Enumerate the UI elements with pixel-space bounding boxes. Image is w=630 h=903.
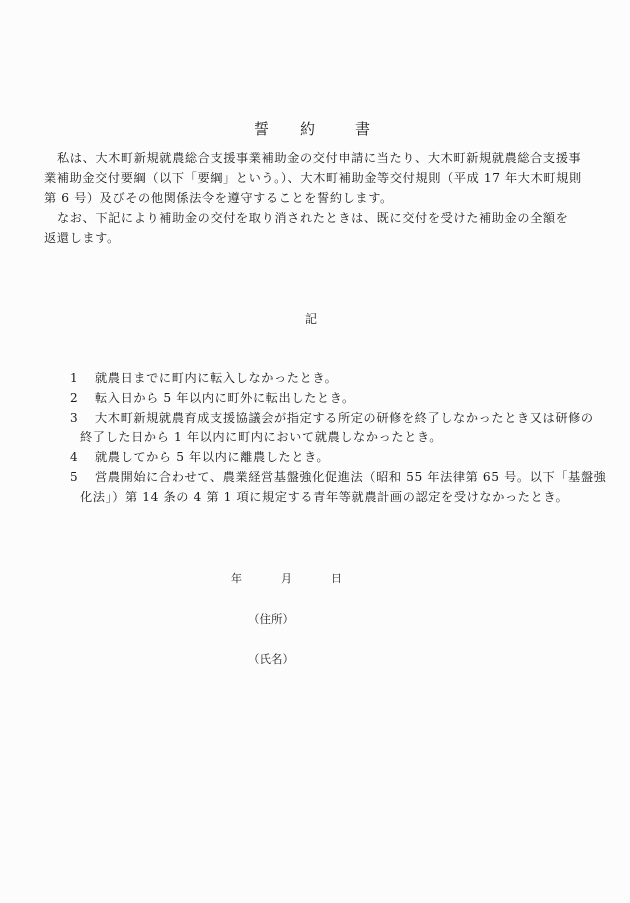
note-heading: 記 [305,312,317,326]
paragraph-line: 私は、大木町新規就農総合支援事業補助金の交付申請に当たり、大木町新規就農総合支援… [57,151,581,165]
year-label: 年 [231,572,242,586]
condition-text: 転入日から 5 年以内に町外に転出したとき。 [95,391,355,405]
paragraph-line: 業補助金交付要綱（以下「要綱」という。）、大木町補助金等交付規則（平成 17 年… [44,171,582,185]
paragraph-line: なお、下記により補助金の交付を取り消されたときは、既に交付を受けた補助金の全額を [57,211,569,225]
condition-text: 就農してから 5 年以内に離農したとき。 [95,450,329,464]
condition-text: 大木町新規就農育成支援協議会が指定する所定の研修を終了しなかったとき又は研修の [95,411,594,425]
condition-number: 1 [70,371,78,385]
condition-text: 営農開始に合わせて、農業経営基盤強化促進法（昭和 55 年法律第 65 号。以下… [95,470,606,484]
condition-text: 化法」）第 14 条の 4 第 1 項に規定する青年等就農計画の認定を受けなかっ… [80,490,568,504]
paragraph-line: 第 6 号）及びその他関係法令を遵守することを誓約します。 [44,191,393,205]
name-label: （氏名） [248,652,294,666]
condition-text: 終了した日から 1 年以内に町内において就農しなかったとき。 [80,430,442,444]
paragraph-line: 返還します。 [44,231,120,245]
condition-number: 5 [70,470,78,484]
title-char: 誓 [254,120,269,138]
title-char: 書 [355,120,370,138]
condition-number: 4 [70,450,78,464]
month-label: 月 [281,572,292,586]
day-label: 日 [331,572,342,586]
condition-number: 2 [70,391,78,405]
address-label: （住所） [248,612,294,626]
title-char: 約 [300,120,315,138]
condition-text: 就農日までに町内に転入しなかったとき。 [95,371,337,385]
condition-number: 3 [70,411,78,425]
document-title: 誓 約 書 [0,120,630,138]
